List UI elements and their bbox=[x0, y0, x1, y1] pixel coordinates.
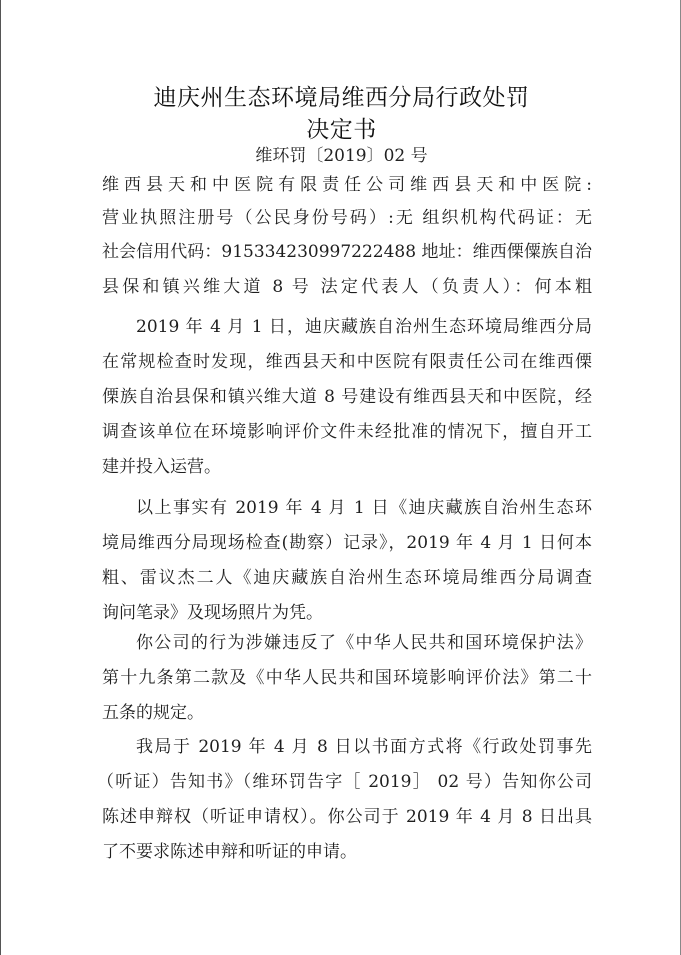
paragraph-line: （听证）告知书》（维环罚告字［ 2019］ 02 号）告知你公司 bbox=[97, 771, 592, 793]
document-page: 迪庆州生态环境局维西分局行政处罚 决定书 维环罚〔2019〕02 号 维西县天和… bbox=[0, 0, 681, 955]
paragraph-line: 2019 年 4 月 1 日，迪庆藏族自治州生态环境局维西分局 bbox=[136, 316, 592, 338]
registration-info-line: 营业执照注册号（公民身份号码）:无 组织机构代码证：无 bbox=[102, 207, 592, 229]
document-title-line2: 决定书 bbox=[1, 111, 681, 144]
credit-code-line: 社会信用代码：915334230997222488 地址：维西傈僳族自治 bbox=[102, 241, 592, 263]
paragraph-line: 境局维西分局现场检查(勘察）记录》，2019 年 4 月 1 日何本 bbox=[102, 532, 592, 554]
paragraph-line: 你公司的行为涉嫌违反了《中华人民共和国环境保护法》 bbox=[136, 632, 592, 654]
address-representative-line: 县保和镇兴维大道 8 号 法定代表人（负责人）：何本粗 bbox=[102, 276, 592, 298]
paragraph-line: 在常规检查时发现，维西县天和中医院有限责任公司在维西傈 bbox=[102, 351, 592, 373]
paragraph-line: 了不要求陈述申辩和听证的申请。 bbox=[102, 841, 592, 863]
paragraph-line: 建并投入运营。 bbox=[102, 456, 592, 478]
document-number: 维环罚〔2019〕02 号 bbox=[1, 141, 681, 166]
paragraph-line: 粗、雷议杰二人《迪庆藏族自治州生态环境局维西分局调查 bbox=[102, 567, 592, 589]
paragraph-line: 陈述申辩权（听证申请权）。你公司于 2019 年 4 月 8 日出具 bbox=[102, 806, 592, 828]
document-title: 迪庆州生态环境局维西分局行政处罚 bbox=[1, 79, 681, 112]
paragraph-line: 五条的规定。 bbox=[102, 702, 592, 724]
paragraph-line: 询问笔录》及现场照片为凭。 bbox=[102, 602, 592, 624]
paragraph-line: 傈族自治县保和镇兴维大道 8 号建设有维西县天和中医院，经 bbox=[102, 386, 592, 408]
addressee-line: 维西县天和中医院有限责任公司维西县天和中医院: bbox=[102, 174, 592, 196]
paragraph-line: 调查该单位在环境影响评价文件未经批准的情况下，擅自开工 bbox=[102, 421, 592, 443]
paragraph-line: 第十九条第二款及《中华人民共和国环境影响评价法》第二十 bbox=[102, 667, 592, 689]
paragraph-line: 以上事实有 2019 年 4 月 1 日《迪庆藏族自治州生态环 bbox=[136, 497, 592, 519]
paragraph-line: 我局于 2019 年 4 月 8 日以书面方式将《行政处罚事先 bbox=[136, 736, 592, 758]
